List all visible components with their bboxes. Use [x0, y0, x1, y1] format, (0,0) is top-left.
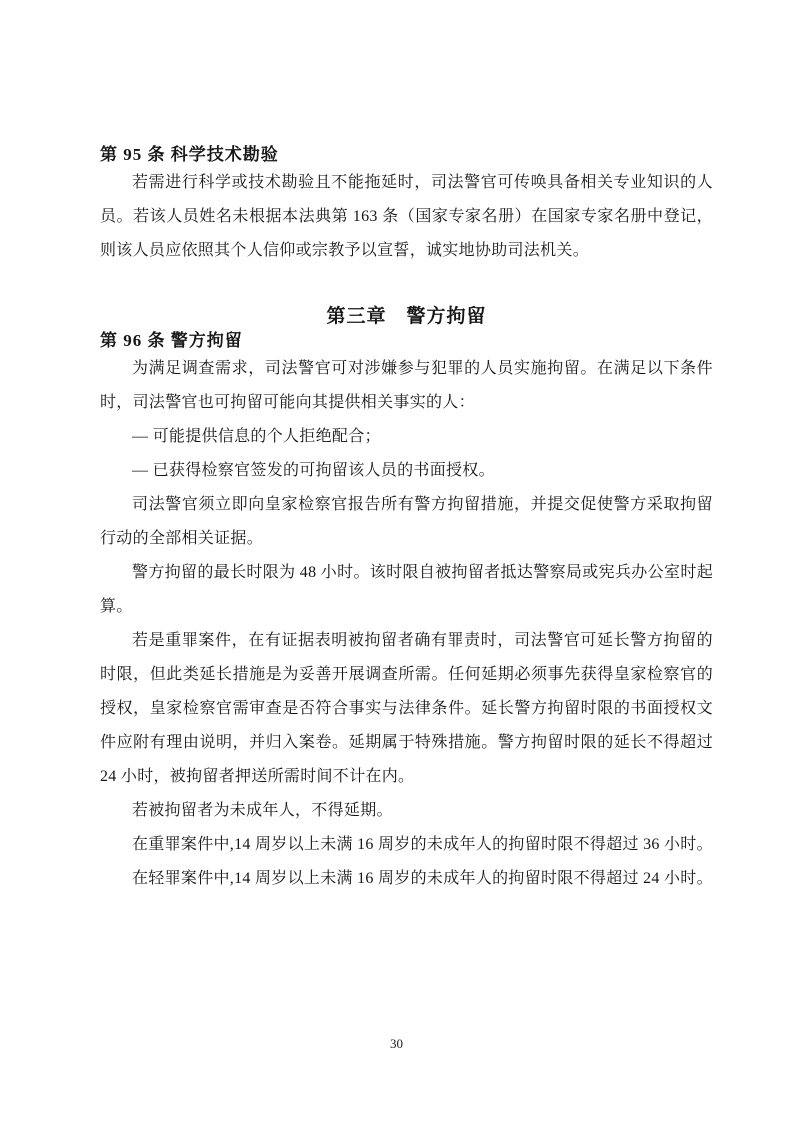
article-95-heading: 第 95 条 科学技术勘验	[100, 144, 713, 166]
article-96-heading: 第 96 条 警方拘留	[100, 330, 713, 352]
article-96-intro: 为满足调查需求，司法警官可对涉嫌参与犯罪的人员实施拘留。在满足以下条件时，司法警…	[100, 352, 713, 420]
chapter-3-heading: 第三章 警方拘留	[100, 304, 713, 330]
document-page: 第 95 条 科学技术勘验 若需进行科学或技术勘验且不能拖延时，司法警官可传唤具…	[0, 0, 793, 1122]
article-96-paragraph-4: 若被拘留者为未成年人，不得延期。	[100, 794, 713, 828]
page-number: 30	[0, 1036, 793, 1052]
article-96-paragraph-3: 若是重罪案件，在有证据表明被拘留者确有罪责时，司法警官可延长警方拘留的时限，但此…	[100, 624, 713, 794]
list-item-dash-1: — 可能提供信息的个人拒绝配合；	[100, 420, 713, 454]
list-item-dash-2: — 已获得检察官签发的可拘留该人员的书面授权。	[100, 454, 713, 488]
article-96-paragraph-2: 警方拘留的最长时限为 48 小时。该时限自被拘留者抵达警察局或宪兵办公室时起算。	[100, 556, 713, 624]
article-96-paragraph-5: 在重罪案件中,14 周岁以上未满 16 周岁的未成年人的拘留时限不得超过 36 …	[100, 828, 713, 862]
page-content: 第 95 条 科学技术勘验 若需进行科学或技术勘验且不能拖延时，司法警官可传唤具…	[0, 0, 793, 896]
article-96-paragraph-1: 司法警官须立即向皇家检察官报告所有警方拘留措施，并提交促使警方采取拘留行动的全部…	[100, 488, 713, 556]
article-96-paragraph-6: 在轻罪案件中,14 周岁以上未满 16 周岁的未成年人的拘留时限不得超过 24 …	[100, 862, 713, 896]
article-95-body: 若需进行科学或技术勘验且不能拖延时，司法警官可传唤具备相关专业知识的人员。若该人…	[100, 166, 713, 268]
